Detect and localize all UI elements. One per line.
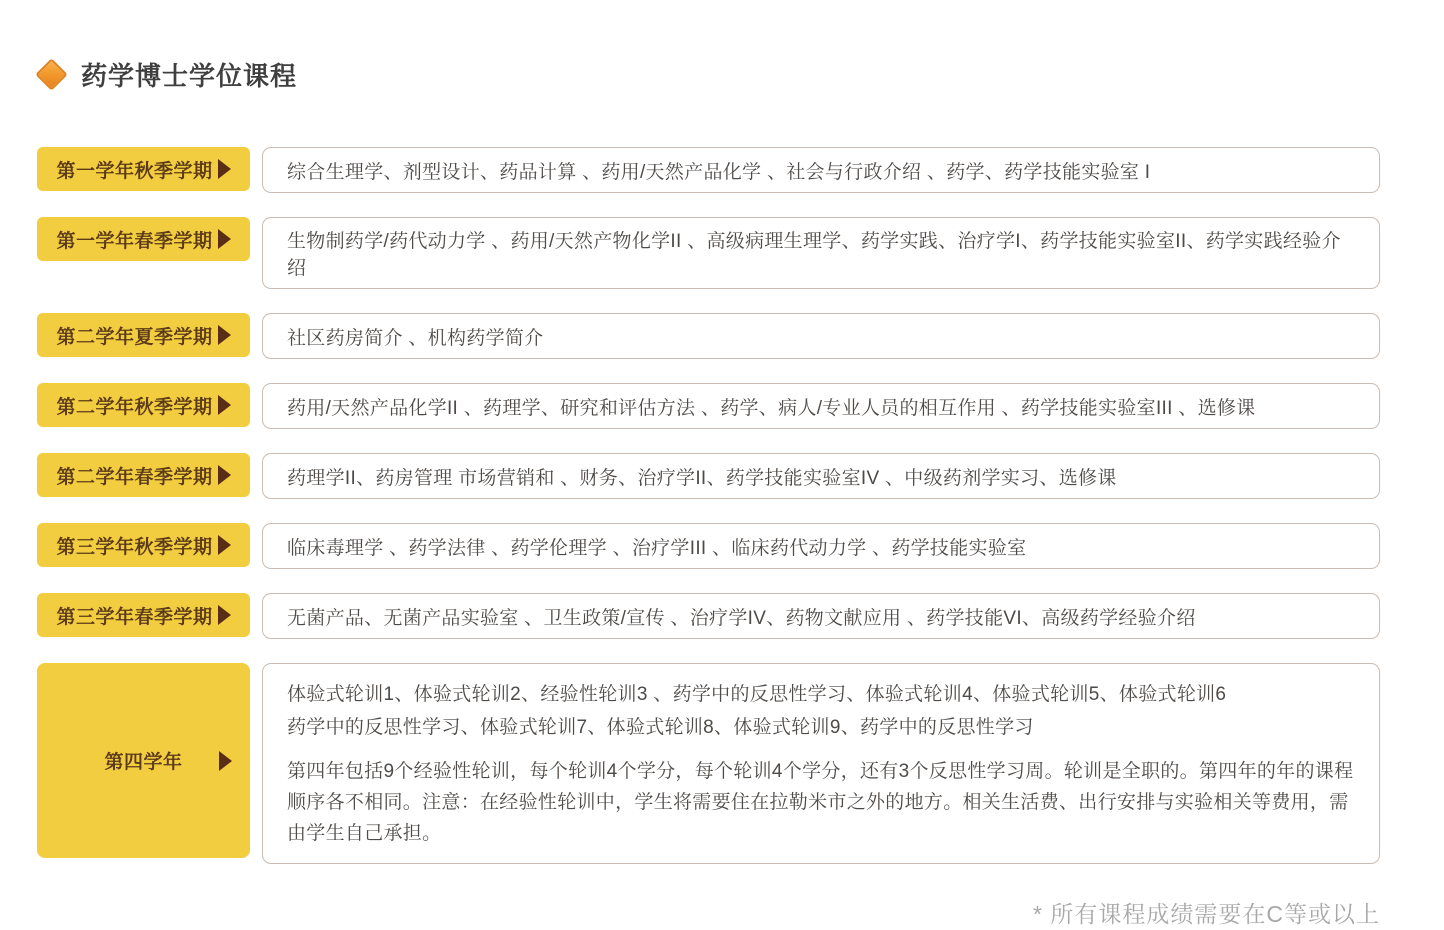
- course-list-box-year4: 体验式轮训1、体验式轮训2、经验性轮训3 、药学中的反思性学习、体验式轮训4、体…: [262, 663, 1380, 864]
- semester-row-1: 第一学年秋季学期 综合生理学、剂型设计、药品计算 、药用/天然产品化学 、社会与…: [37, 147, 1380, 193]
- semester-label-y2-summer[interactable]: 第二学年夏季学期: [37, 313, 250, 357]
- semester-label-y2-fall[interactable]: 第二学年秋季学期: [37, 383, 250, 427]
- course-list-text: 临床毒理学 、药学法律 、药学伦理学 、治疗学III 、临床药代动力学 、药学技…: [287, 533, 1026, 560]
- semester-label-text: 第一学年春季学期: [56, 226, 212, 253]
- course-list-box: 社区药房简介 、机构药学简介: [262, 313, 1380, 359]
- semester-row-6: 第三学年秋季学期 临床毒理学 、药学法律 、药学伦理学 、治疗学III 、临床药…: [37, 523, 1380, 569]
- semester-label-y2-spring[interactable]: 第二学年春季学期: [37, 453, 250, 497]
- course-list-text: 药用/天然产品化学II 、药理学、研究和评估方法 、药学、病人/专业人员的相互作…: [287, 393, 1255, 420]
- course-list-text: 社区药房简介 、机构药学简介: [287, 323, 543, 350]
- page-title-row: 药学博士学位课程: [37, 56, 1380, 93]
- course-list-box: 药理学II、药房管理 市场营销和 、财务、治疗学II、药学技能实验室IV 、中级…: [262, 453, 1380, 499]
- semester-row-3: 第二学年夏季学期 社区药房简介 、机构药学简介: [37, 313, 1380, 359]
- semester-label-y3-fall[interactable]: 第三学年秋季学期: [37, 523, 250, 567]
- course-list-box: 生物制药学/药代动力学 、药用/天然产物化学II 、高级病理生理学、药学实践、治…: [262, 217, 1380, 289]
- arrow-right-icon: [218, 229, 231, 249]
- course-list-box: 临床毒理学 、药学法律 、药学伦理学 、治疗学III 、临床药代动力学 、药学技…: [262, 523, 1380, 569]
- semester-label-text: 第二学年秋季学期: [56, 392, 212, 419]
- semester-row-7: 第三学年春季学期 无菌产品、无菌产品实验室 、卫生政策/宣传 、治疗学IV、药物…: [37, 593, 1380, 639]
- semester-label-text: 第二学年春季学期: [56, 462, 212, 489]
- year4-rotations-line2: 药学中的反思性学习、体验式轮训7、体验式轮训8、体验式轮训9、药学中的反思性学习: [287, 711, 1034, 744]
- year4-rotations-line1: 体验式轮训1、体验式轮训2、经验性轮训3 、药学中的反思性学习、体验式轮训4、体…: [287, 678, 1226, 711]
- semester-label-text: 第三学年春季学期: [56, 602, 212, 629]
- course-list-box: 综合生理学、剂型设计、药品计算 、药用/天然产品化学 、社会与行政介绍 、药学、…: [262, 147, 1380, 193]
- page-title: 药学博士学位课程: [81, 56, 297, 93]
- semester-row-4: 第二学年秋季学期 药用/天然产品化学II 、药理学、研究和评估方法 、药学、病人…: [37, 383, 1380, 429]
- semester-label-y3-spring[interactable]: 第三学年春季学期: [37, 593, 250, 637]
- course-list-box: 药用/天然产品化学II 、药理学、研究和评估方法 、药学、病人/专业人员的相互作…: [262, 383, 1380, 429]
- course-list-text: 无菌产品、无菌产品实验室 、卫生政策/宣传 、治疗学IV、药物文献应用 、药学技…: [287, 603, 1196, 630]
- semester-row-8-year4: 第四学年 体验式轮训1、体验式轮训2、经验性轮训3 、药学中的反思性学习、体验式…: [37, 663, 1380, 864]
- arrow-right-icon: [218, 159, 231, 179]
- arrow-right-icon: [218, 465, 231, 485]
- arrow-right-icon: [219, 751, 232, 771]
- semester-label-text: 第二学年夏季学期: [56, 322, 212, 349]
- semester-label-y1-spring[interactable]: 第一学年春季学期: [37, 217, 250, 261]
- year4-description: 第四年包括9个经验性轮训，每个轮训4个学分，每个轮训4个学分，还有3个反思性学习…: [287, 756, 1355, 849]
- diamond-icon: [35, 58, 68, 91]
- semester-label-y1-fall[interactable]: 第一学年秋季学期: [37, 147, 250, 191]
- course-list-text: 生物制药学/药代动力学 、药用/天然产物化学II 、高级病理生理学、药学实践、治…: [287, 226, 1359, 280]
- grade-requirement-note: * 所有课程成绩需要在C等或以上: [37, 896, 1380, 929]
- semester-label-y4[interactable]: 第四学年: [37, 663, 250, 858]
- arrow-right-icon: [218, 535, 231, 555]
- course-list-text: 综合生理学、剂型设计、药品计算 、药用/天然产品化学 、社会与行政介绍 、药学、…: [287, 157, 1150, 184]
- course-list-text: 药理学II、药房管理 市场营销和 、财务、治疗学II、药学技能实验室IV 、中级…: [287, 463, 1117, 490]
- semester-row-5: 第二学年春季学期 药理学II、药房管理 市场营销和 、财务、治疗学II、药学技能…: [37, 453, 1380, 499]
- arrow-right-icon: [218, 395, 231, 415]
- arrow-right-icon: [218, 325, 231, 345]
- course-list-box: 无菌产品、无菌产品实验室 、卫生政策/宣传 、治疗学IV、药物文献应用 、药学技…: [262, 593, 1380, 639]
- pharmacy-curriculum-page: 药学博士学位课程 第一学年秋季学期 综合生理学、剂型设计、药品计算 、药用/天然…: [0, 0, 1444, 930]
- semester-label-text: 第一学年秋季学期: [56, 156, 212, 183]
- semester-row-2: 第一学年春季学期 生物制药学/药代动力学 、药用/天然产物化学II 、高级病理生…: [37, 217, 1380, 289]
- semester-label-text: 第三学年秋季学期: [56, 532, 212, 559]
- arrow-right-icon: [218, 605, 231, 625]
- semester-label-text: 第四学年: [104, 747, 182, 774]
